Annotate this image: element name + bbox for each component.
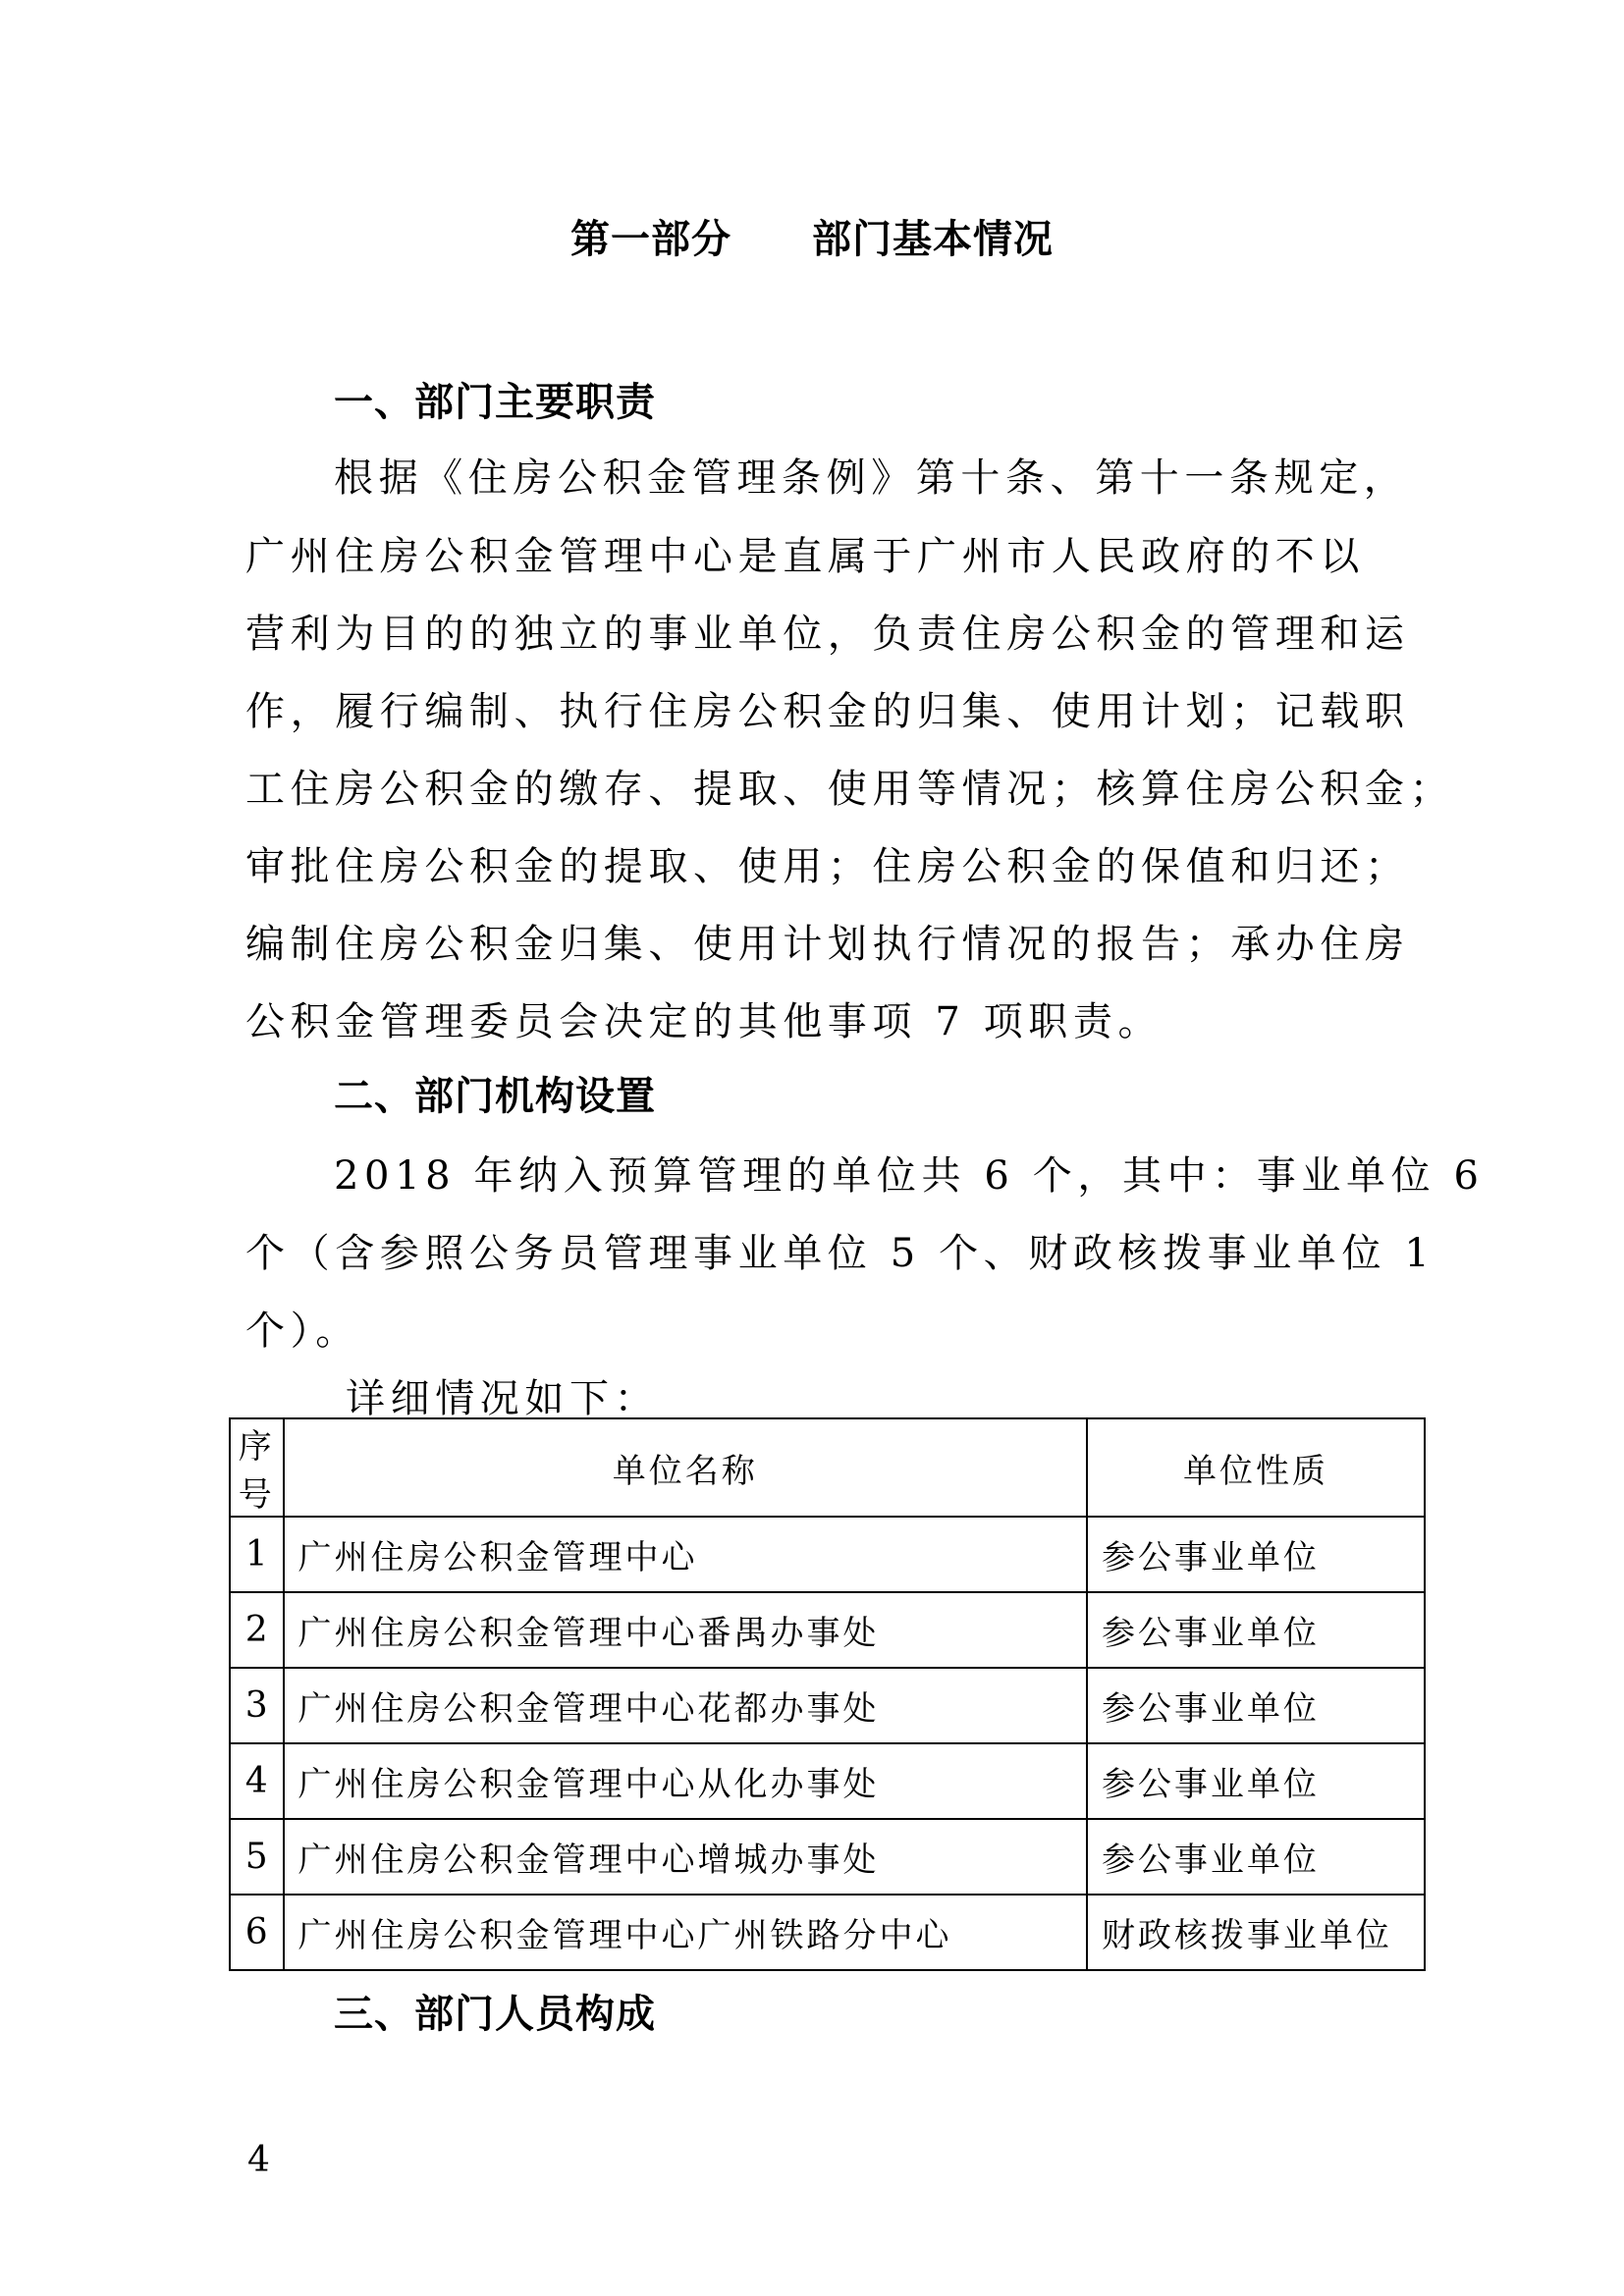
- cell-no: 6: [230, 1895, 284, 1970]
- cell-name: 广州住房公积金管理中心: [284, 1517, 1087, 1592]
- page-number: 4: [247, 2140, 270, 2180]
- cell-type: 参公事业单位: [1087, 1743, 1425, 1819]
- table-intro: 详细情况如下：: [346, 1367, 659, 1423]
- cell-name: 广州住房公积金管理中心广州铁路分中心: [284, 1895, 1087, 1970]
- cell-name: 广州住房公积金管理中心从化办事处: [284, 1743, 1087, 1819]
- table-row: 3 广州住房公积金管理中心花都办事处 参公事业单位: [230, 1668, 1425, 1743]
- table-row: 1 广州住房公积金管理中心 参公事业单位: [230, 1517, 1425, 1592]
- cell-type: 财政核拨事业单位: [1087, 1895, 1425, 1970]
- section-heading-duties: 一、部门主要职责: [334, 371, 656, 427]
- table-row: 2 广州住房公积金管理中心番禺办事处 参公事业单位: [230, 1592, 1425, 1668]
- section-heading-structure: 二、部门机构设置: [334, 1065, 656, 1121]
- paragraph-line: 2018 年纳入预算管理的单位共 6 个，其中：事业单位 6: [334, 1145, 1485, 1201]
- cell-type: 参公事业单位: [1087, 1668, 1425, 1743]
- paragraph-line: 个（含参照公务员管理事业单位 5 个、财政核拨事业单位 1: [245, 1222, 1435, 1278]
- cell-type: 参公事业单位: [1087, 1517, 1425, 1592]
- paragraph-line: 编制住房公积金归集、使用计划执行情况的报告；承办住房: [245, 913, 1410, 969]
- table-row: 4 广州住房公积金管理中心从化办事处 参公事业单位: [230, 1743, 1425, 1819]
- cell-no: 2: [230, 1592, 284, 1668]
- table-row: 5 广州住房公积金管理中心增城办事处 参公事业单位: [230, 1819, 1425, 1895]
- cell-type: 参公事业单位: [1087, 1592, 1425, 1668]
- paragraph-line: 公积金管理委员会决定的其他事项 7 项职责。: [245, 990, 1163, 1046]
- cell-no: 1: [230, 1517, 284, 1592]
- section-heading-personnel: 三、部门人员构成: [334, 1983, 656, 2039]
- paragraph-line: 个）。: [245, 1300, 360, 1356]
- cell-type: 参公事业单位: [1087, 1819, 1425, 1895]
- paragraph-line: 广州住房公积金管理中心是直属于广州市人民政府的不以: [245, 525, 1365, 581]
- paragraph-line: 营利为目的的独立的事业单位，负责住房公积金的管理和运: [245, 603, 1410, 659]
- cell-name: 广州住房公积金管理中心番禺办事处: [284, 1592, 1087, 1668]
- table-row: 6 广州住房公积金管理中心广州铁路分中心 财政核拨事业单位: [230, 1895, 1425, 1970]
- header-type: 单位性质: [1087, 1418, 1425, 1517]
- cell-no: 4: [230, 1743, 284, 1819]
- header-name: 单位名称: [284, 1418, 1087, 1517]
- paragraph-line: 作，履行编制、执行住房公积金的归集、使用计划；记载职: [245, 680, 1410, 736]
- paragraph-line: 根据《住房公积金管理条例》第十条、第十一条规定，: [334, 447, 1408, 503]
- cell-no: 3: [230, 1668, 284, 1743]
- page-title: 第一部分 部门基本情况: [0, 208, 1624, 264]
- header-no: 序号: [230, 1418, 284, 1517]
- cell-no: 5: [230, 1819, 284, 1895]
- table-header-row: 序号 单位名称 单位性质: [230, 1418, 1425, 1517]
- units-table: 序号 单位名称 单位性质 1 广州住房公积金管理中心 参公事业单位 2 广州住房…: [229, 1417, 1426, 1971]
- cell-name: 广州住房公积金管理中心花都办事处: [284, 1668, 1087, 1743]
- paragraph-line: 审批住房公积金的提取、使用；住房公积金的保值和归还；: [245, 835, 1410, 891]
- paragraph-line: 工住房公积金的缴存、提取、使用等情况；核算住房公积金；: [245, 758, 1454, 814]
- cell-name: 广州住房公积金管理中心增城办事处: [284, 1819, 1087, 1895]
